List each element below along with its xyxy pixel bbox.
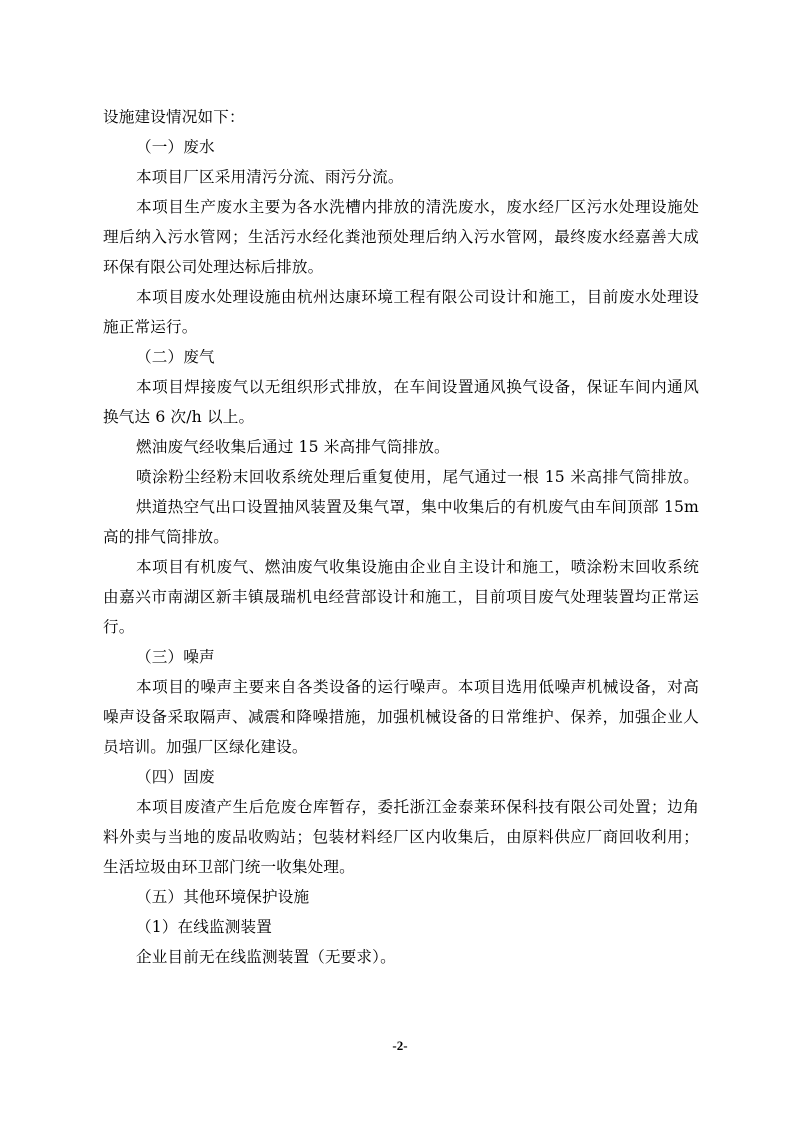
section-heading-noise: （三）噪声 (103, 642, 699, 672)
paragraph-line: 本项目有机废气、燃油废气收集设施由企业自主设计和施工，喷涂粉末回收系统 (103, 552, 699, 582)
document-body: 设施建设情况如下： （一）废水 本项目厂区采用清污分流、雨污分流。 本项目生产废… (103, 102, 699, 972)
section-heading-solid-waste: （四）固废 (103, 762, 699, 792)
paragraph-line: 本项目废渣产生后危废仓库暂存，委托浙江金泰莱环保科技有限公司处置；边角 (103, 792, 699, 822)
paragraph-line: 施正常运行。 (103, 312, 699, 342)
paragraph-line: 理后纳入污水管网；生活污水经化粪池预处理后纳入污水管网，最终废水经嘉善大成 (103, 222, 699, 252)
paragraph-line: 本项目的噪声主要来自各类设备的运行噪声。本项目选用低噪声机械设备，对高 (103, 672, 699, 702)
paragraph-line: 料外卖与当地的废品收购站；包装材料经厂区内收集后，由原料供应厂商回收利用； (103, 822, 699, 852)
paragraph-line: 高的排气筒排放。 (103, 522, 699, 552)
paragraph-line: 员培训。加强厂区绿化建设。 (103, 732, 699, 762)
page-number: -2- (0, 1038, 800, 1054)
paragraph-line: 喷涂粉尘经粉末回收系统处理后重复使用，尾气通过一根 15 米高排气筒排放。 (103, 462, 699, 492)
paragraph-line: 生活垃圾由环卫部门统一收集处理。 (103, 852, 699, 882)
paragraph-line: 本项目焊接废气以无组织形式排放，在车间设置通风换气设备，保证车间内通风 (103, 372, 699, 402)
paragraph-line: 噪声设备采取隔声、减震和降噪措施，加强机械设备的日常维护、保养，加强企业人 (103, 702, 699, 732)
paragraph-line: 环保有限公司处理达标后排放。 (103, 252, 699, 282)
section-heading-other-facilities: （五）其他环境保护设施 (103, 882, 699, 912)
subsection-heading-online-monitoring: （1）在线监测装置 (103, 912, 699, 942)
paragraph-line: 烘道热空气出口设置抽风装置及集气罩，集中收集后的有机废气由车间顶部 15m (103, 492, 699, 522)
section-heading-exhaust-gas: （二）废气 (103, 342, 699, 372)
section-heading-wastewater: （一）废水 (103, 132, 699, 162)
paragraph-line: 本项目废水处理设施由杭州达康环境工程有限公司设计和施工，目前废水处理设 (103, 282, 699, 312)
intro-line: 设施建设情况如下： (103, 102, 699, 132)
paragraph-line: 行。 (103, 612, 699, 642)
paragraph-line: 换气达 6 次/h 以上。 (103, 402, 699, 432)
paragraph-line: 本项目厂区采用清污分流、雨污分流。 (103, 162, 699, 192)
paragraph-line: 企业目前无在线监测装置（无要求）。 (103, 942, 699, 972)
paragraph-line: 本项目生产废水主要为各水洗槽内排放的清洗废水，废水经厂区污水处理设施处 (103, 192, 699, 222)
paragraph-line: 燃油废气经收集后通过 15 米高排气筒排放。 (103, 432, 699, 462)
paragraph-line: 由嘉兴市南湖区新丰镇晟瑞机电经营部设计和施工，目前项目废气处理装置均正常运 (103, 582, 699, 612)
